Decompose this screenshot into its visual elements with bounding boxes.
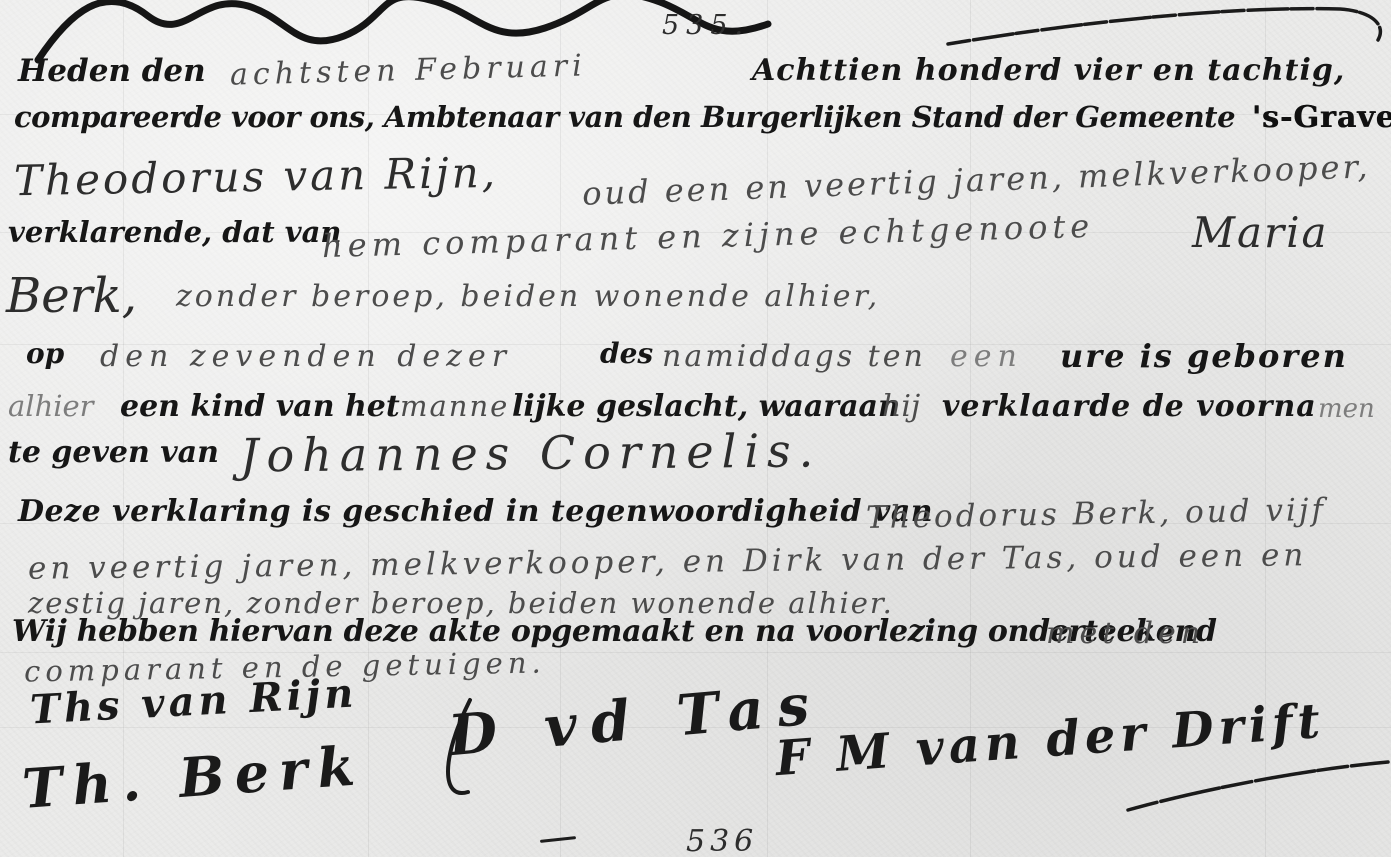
form-printed-text: te geven van: [8, 438, 219, 468]
form-printed-text: op: [26, 340, 64, 368]
handwritten-entry-mother-firstname: Maria: [1192, 212, 1329, 254]
form-printed-text: Heden den: [18, 56, 206, 87]
form-printed-text: Wij hebben hiervan deze akte opgemaakt e…: [12, 617, 1217, 647]
handwritten-entry: met den: [1046, 619, 1205, 649]
signature-registrar: F M van der Drift: [774, 697, 1326, 783]
form-printed-text: verklaarde de voorna: [942, 392, 1317, 422]
act-number: 535.: [662, 12, 750, 39]
handwritten-entry: alhier: [8, 392, 94, 421]
signature-witness-berk: Th. Berk: [21, 738, 367, 816]
handwritten-entry: hij: [882, 392, 920, 422]
handwritten-entry-date: achtsten Februari: [230, 51, 587, 90]
handwritten-entry-daypart: namiddags ten: [662, 342, 926, 372]
handwritten-entry-child-name: Johannes Cornelis.: [240, 427, 822, 478]
form-printed-text: Deze verklaring is geschied in tegenwoor…: [18, 497, 933, 527]
pen-dash-mark: [540, 836, 576, 843]
record-line-handwritten: en veertig jaren, melkverkooper, en Dirk…: [28, 540, 1308, 584]
handwritten-entry-witness1: Theodorus Berk, oud vijf: [866, 495, 1326, 534]
signature-witness-tas: D vd Tas: [446, 676, 825, 765]
next-act-number: 536: [686, 824, 758, 857]
handwritten-entry-hour: een: [950, 342, 1023, 372]
handwritten-entry: men: [1318, 396, 1375, 422]
form-printed-text-year: Achttien honderd vier en tachtig,: [752, 56, 1345, 86]
handwritten-entry-mother-surname: Berk,: [6, 272, 137, 320]
form-printed-text: compareerde voor ons, Ambtenaar van den …: [14, 103, 1235, 132]
record-line: compareerde voor ons, Ambtenaar van den …: [14, 103, 1391, 133]
form-printed-text: ure is geboren: [1060, 340, 1348, 372]
municipality-name: 's-Gravenhage,: [1252, 103, 1391, 133]
handwritten-entry-birthday: den zevenden dezer: [100, 342, 512, 372]
handwritten-entry-declarant-details: oud een en veertig jaren, melkverkooper,: [582, 150, 1371, 210]
form-printed-text: lijke geslacht, waaraan: [512, 392, 900, 422]
handwritten-entry: hem comparant en zijne echtgenoote: [322, 210, 1095, 262]
document-page: 535. Heden den achtsten Februari Achttie…: [0, 0, 1391, 857]
form-printed-text: verklarende, dat van: [8, 218, 342, 247]
handwritten-entry-declarant-name: Theodorus van Rijn,: [14, 152, 499, 202]
form-printed-text: des: [600, 340, 653, 368]
handwritten-entry: zonder beroep, beiden wonende alhier,: [176, 282, 880, 312]
form-printed-text: een kind van het: [120, 392, 400, 422]
handwritten-entry-sex: manne: [400, 392, 509, 421]
